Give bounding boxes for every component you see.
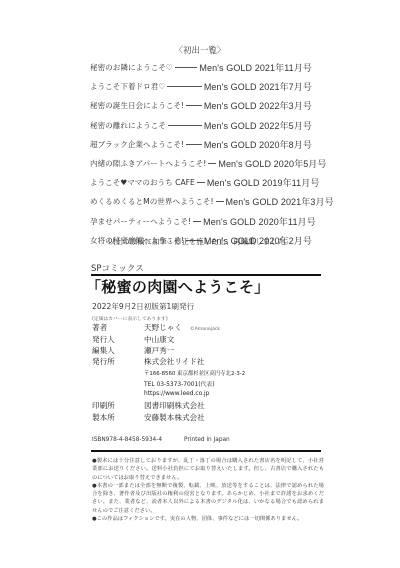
credit-value: 図書印刷株式会社 [144, 400, 322, 411]
website-link[interactable]: https://www.leed.co.jp [144, 391, 322, 397]
story-title: 超ブラック企業へようこそ! [90, 139, 184, 150]
list-item: 秘密の離れにようこそ Men's GOLD 2022年5月号 [90, 116, 312, 135]
credit-value: 中山康文 [144, 334, 322, 345]
credit-row-author: 著者 天野じゃく©Amanojack [92, 322, 322, 333]
leader-line [216, 201, 224, 202]
story-title: めくるめくるとMの世界へようこそ! [90, 196, 214, 207]
magazine-issue: Men's GOLD 2020年5月号 [218, 157, 326, 170]
list-item: 秘密の誕生日会にようこそ! Men's GOLD 2022年3月号 [90, 96, 312, 115]
address: 〒166-8560 東京都杉並区高円寺北2-3-2 [144, 369, 322, 377]
magazine-issue: Men's GOLD 2020年11月号 [203, 215, 316, 228]
credit-row-phone: TEL 03-5373-7001(代表) [92, 378, 322, 389]
divider-bottom [91, 450, 321, 452]
list-item: 孕ませパーティーへようこそ! Men's GOLD 2020年11月号 [90, 212, 312, 231]
story-title: ようこそ下着ドロ君♡ [90, 81, 165, 92]
list-item: ようこそ♥ママのおうち CAFE Men's GOLD 2019年11月号 [90, 173, 312, 192]
book-title: 「秘蜜の肉園へようこそ」 [86, 276, 270, 297]
magazine-issue: Men's GOLD 2020年8月号 [204, 138, 312, 151]
leader-line [168, 125, 202, 126]
credit-row-address: 〒166-8560 東京都杉並区高円寺北2-3-2 [92, 368, 322, 378]
credit-label: 印刷所 [92, 400, 144, 411]
credit-value-wrap: 天野じゃく©Amanojack [144, 322, 322, 333]
credit-label: 編集人 [92, 345, 144, 356]
leader-line [186, 144, 202, 145]
printed-in: Printed in Japan [184, 437, 230, 443]
leader-line [186, 105, 202, 106]
credit-row-publisher: 発行人 中山康文 [92, 333, 322, 344]
legal-notices: ●製本には十分注意しておりますが、乱丁・落丁の場合は購入された書店名を明記して、… [92, 457, 324, 523]
credits-table: 著者 天野じゃく©Amanojack 発行人 中山康文 編集人 瀬戸秀一 発行所… [92, 322, 322, 423]
list-item: ようこそ下着ドロ君♡ Men's GOLD 2021年7月号 [90, 77, 312, 96]
credit-value: 株式会社リイド社 [144, 356, 322, 367]
magazine-issue: Men's GOLD 2021年11月号 [199, 61, 312, 74]
credit-value: 天野じゃく [144, 323, 182, 332]
price-note: (定価はカバーに表示してあります) [92, 315, 168, 322]
credit-row-url: https://www.leed.co.jp [92, 389, 322, 400]
story-title: ようこそ♥ママのおうち CAFE [90, 177, 195, 188]
leader-line [208, 163, 216, 164]
notice-copyright: ●本書の一部または全部を無断で複製、転載、上映、放送等をすることは、法律で認めら… [92, 482, 324, 515]
magazine-issue: Men's GOLD 2021年3月号 [226, 195, 334, 208]
list-item: 超ブラック企業へようこそ! Men's GOLD 2020年8月号 [90, 135, 312, 154]
credit-value: 瀬戸秀一 [144, 345, 322, 356]
credit-value: 安藤製本株式会社 [144, 412, 322, 423]
isbn-line: ISBN978-4-8458-5934-4Printed in Japan [92, 437, 230, 443]
credit-row-printer: 印刷所 図書印刷株式会社 [92, 400, 322, 411]
leader-line [167, 86, 202, 87]
credit-label: 発行人 [92, 334, 144, 345]
publication-history-header: 〈初出一覧〉 [0, 44, 400, 56]
publication-history-list: 秘密のお隣にようこそ♡ Men's GOLD 2021年11月号 ようこそ下着ド… [90, 58, 312, 250]
isbn: ISBN978-4-8458-5934-4 [92, 437, 162, 443]
list-item: めくるめくるとMの世界へようこそ! Men's GOLD 2021年3月号 [90, 192, 312, 211]
notice-defects: ●製本には十分注意しておりますが、乱丁・落丁の場合は購入された書店名を明記して、… [92, 457, 324, 482]
credit-row-publishing-house: 発行所 株式会社リイド社 [92, 356, 322, 367]
revision-note: 以上の原稿に加筆・修正を施した上、再編集しました。 [0, 236, 400, 247]
publication-date: 2022年9月2日初版第1刷発行 [92, 301, 194, 312]
story-title: 秘密の離れにようこそ [90, 120, 166, 131]
list-item: 秘密のお隣にようこそ♡ Men's GOLD 2021年11月号 [90, 58, 312, 77]
story-title: 孕ませパーティーへようこそ! [90, 216, 191, 227]
imprint-label: SPコミックス [91, 262, 144, 274]
notice-fiction: ●この作品はフィクションです。実在の人物、団体、事件などには一切関係ありません。 [92, 515, 324, 523]
story-title: 内緒の隙ふきアパートへようこそ! [90, 158, 206, 169]
credit-row-editor: 編集人 瀬戸秀一 [92, 345, 322, 356]
story-title: 秘密の誕生日会にようこそ! [90, 100, 184, 111]
magazine-issue: Men's GOLD 2022年3月号 [204, 99, 312, 112]
leader-line [193, 221, 201, 222]
list-item: 内緒の隙ふきアパートへようこそ! Men's GOLD 2020年5月号 [90, 154, 312, 173]
credit-label: 製本所 [92, 412, 144, 423]
credit-row-binder: 製本所 安藤製本株式会社 [92, 411, 322, 422]
credit-label: 著者 [92, 322, 144, 333]
leader-line [197, 182, 205, 183]
magazine-issue: Men's GOLD 2019年11月号 [207, 176, 320, 189]
story-title: 秘密のお隣にようこそ♡ [90, 62, 173, 73]
magazine-issue: Men's GOLD 2021年7月号 [204, 80, 312, 93]
leader-line [175, 67, 198, 68]
magazine-issue: Men's GOLD 2022年5月号 [204, 119, 312, 132]
phone: TEL 03-5373-7001(代表) [144, 379, 322, 388]
credit-label: 発行所 [92, 356, 144, 367]
copyright-mark: ©Amanojack [190, 327, 220, 332]
